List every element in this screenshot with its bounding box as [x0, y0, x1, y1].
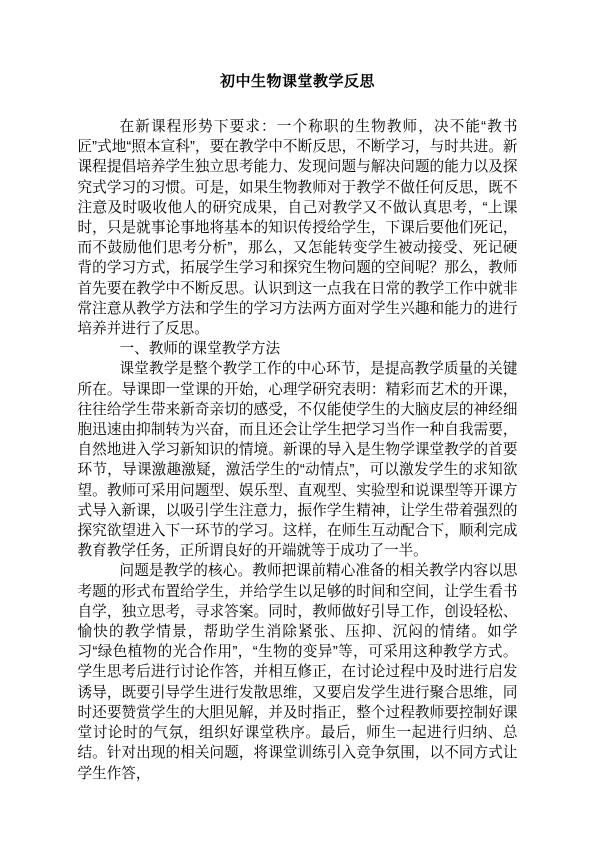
- paragraph-intro-reflection: 在新课程形势下要求：一个称职的生物教师，决不能“教书匠”式地“照本宣科”，要在教…: [78, 117, 518, 339]
- document-body: 在新课程形势下要求：一个称职的生物教师，决不能“教书匠”式地“照本宣科”，要在教…: [78, 117, 518, 784]
- section-heading-teaching-methods: 一、教师的课堂教学方法: [78, 339, 518, 359]
- paragraph-classroom-teaching: 课堂教学是整个教学工作的中心环节，是提高教学质量的关键所在。导课即一堂课的开始，…: [78, 359, 518, 561]
- document-title: 初中生物课堂教学反思: [0, 72, 595, 92]
- paragraph-question-core: 问题是教学的核心。教师把课前精心准备的相关教学内容以思考题的形式布置给学生，并给…: [78, 561, 518, 783]
- document-page: 初中生物课堂教学反思 在新课程形势下要求：一个称职的生物教师，决不能“教书匠”式…: [0, 0, 595, 842]
